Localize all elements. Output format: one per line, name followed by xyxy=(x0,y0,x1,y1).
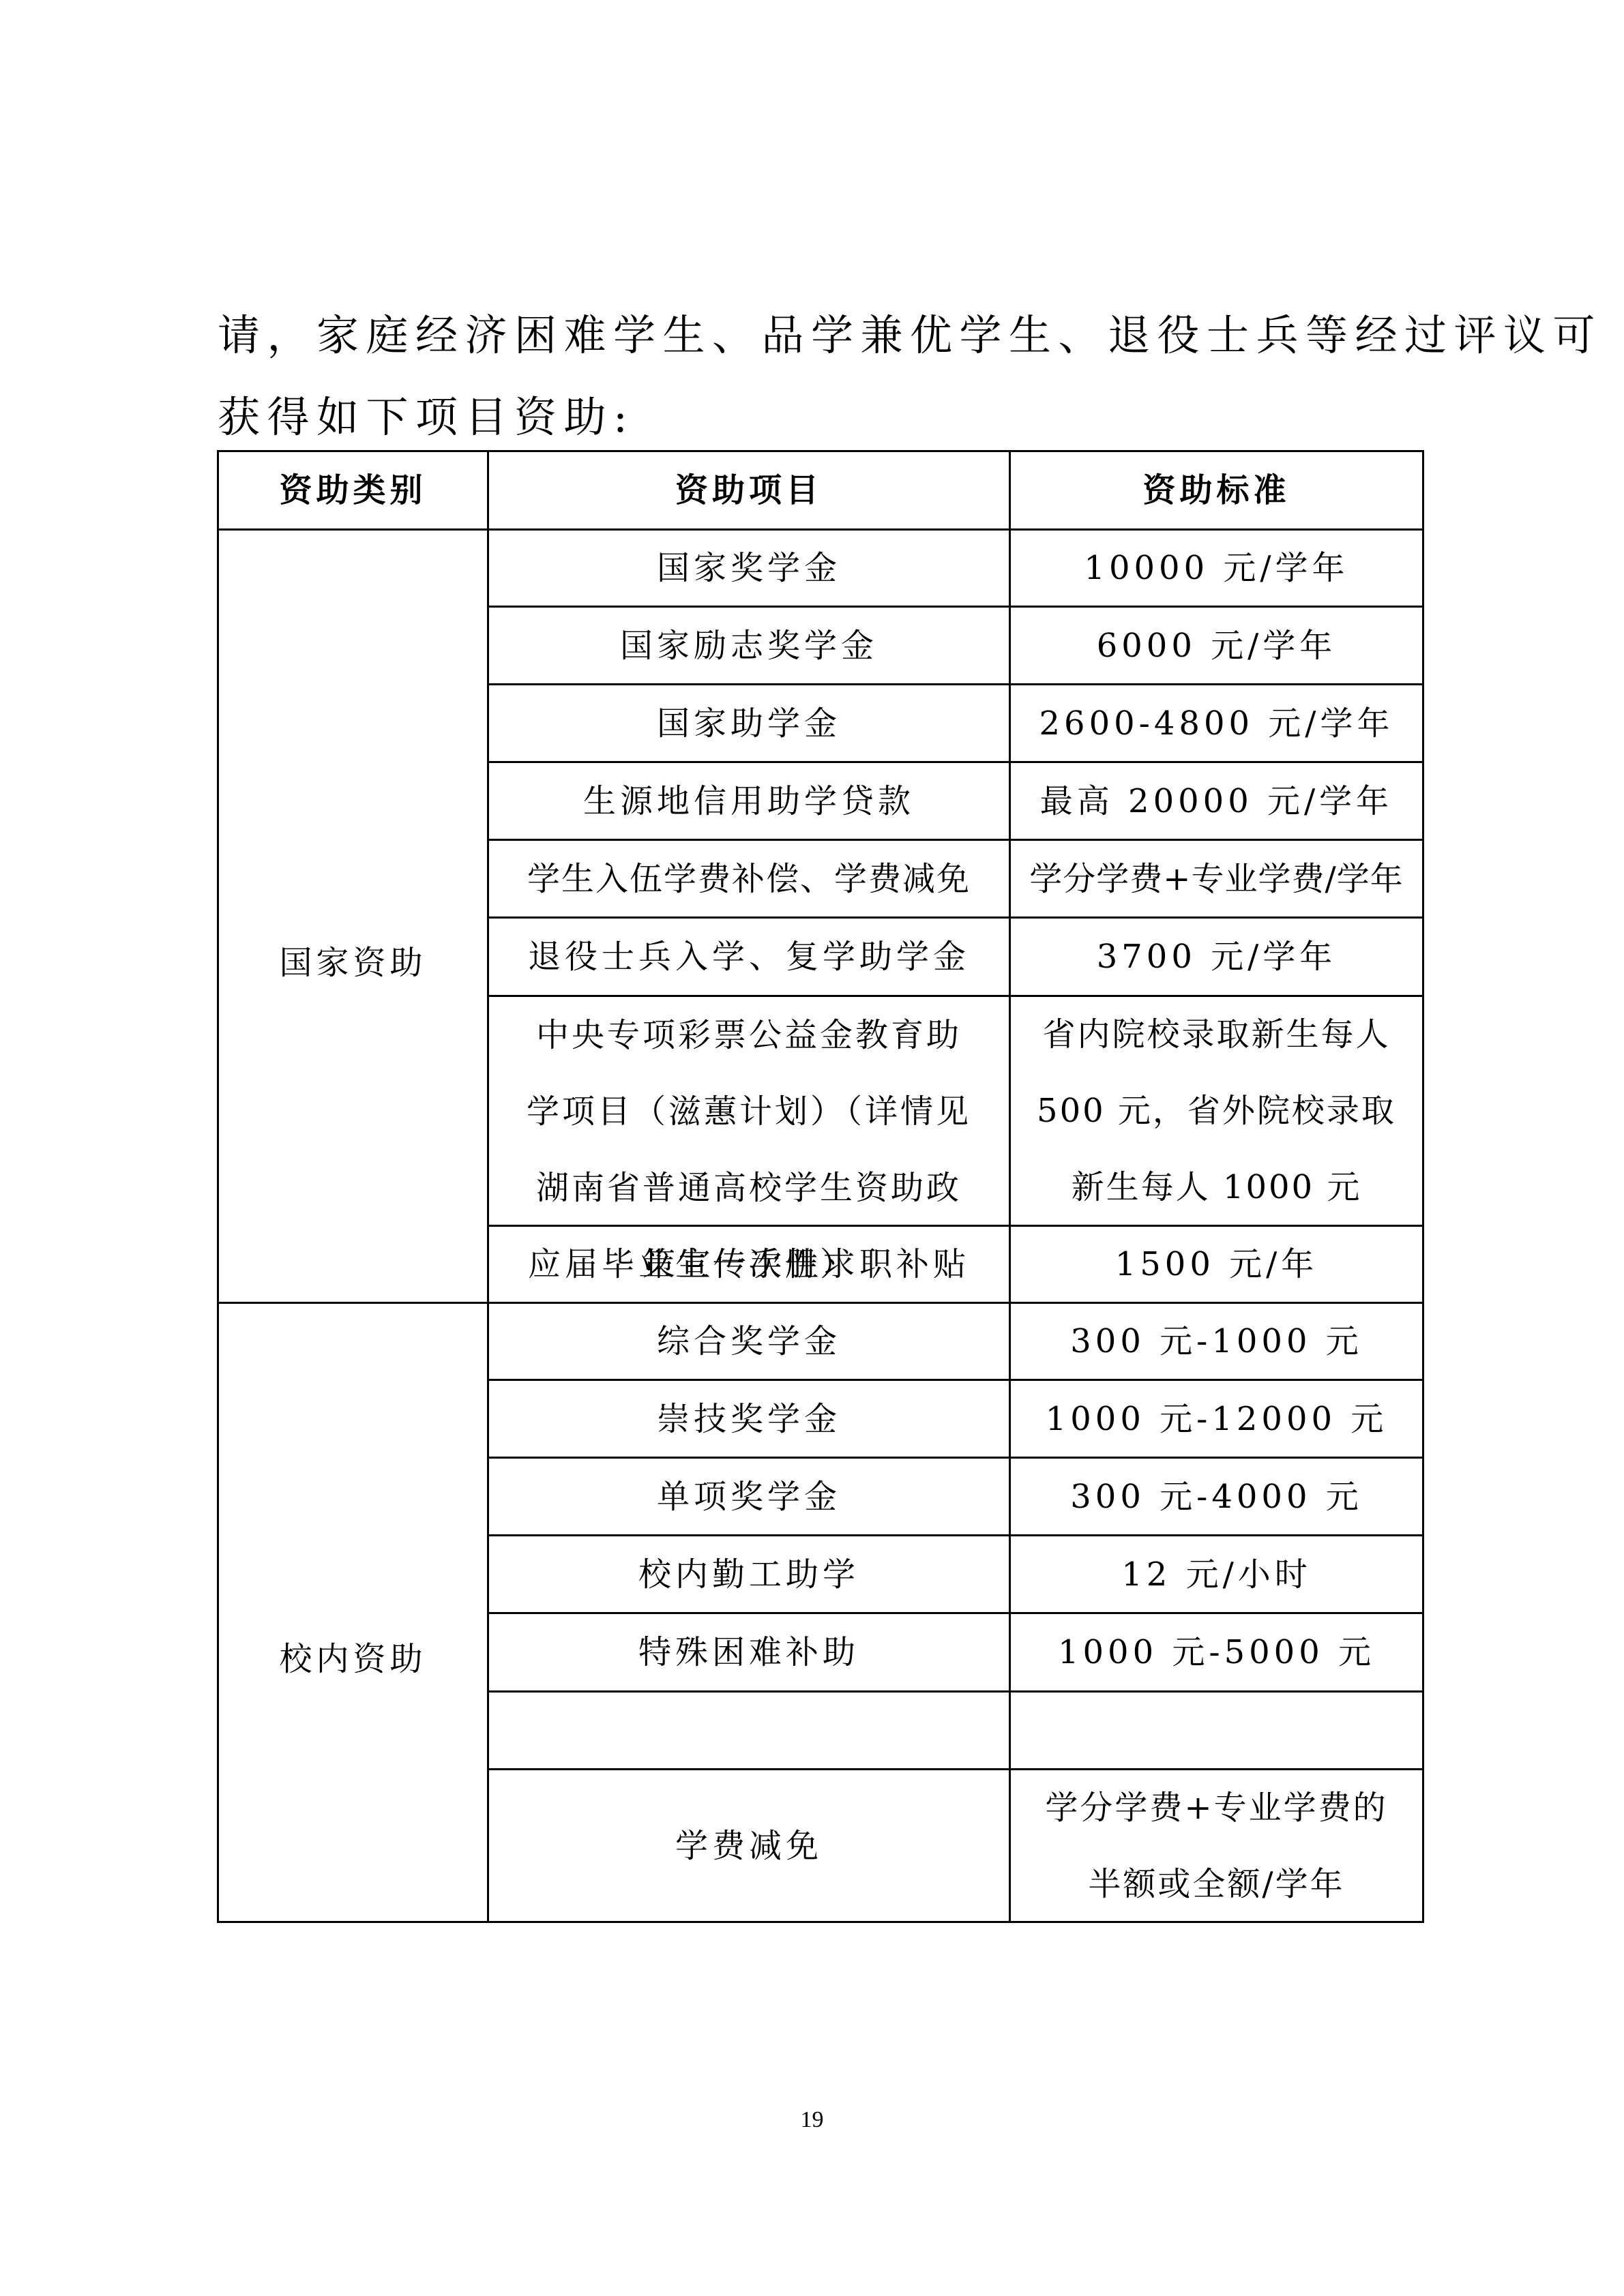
item-label: 综合奖学金 xyxy=(657,1303,841,1380)
item-label: 崇技奖学金 xyxy=(657,1381,841,1457)
header-item: 资助项目 xyxy=(489,452,1009,528)
header-item-label: 资助项目 xyxy=(675,452,823,528)
standard-cell: 6000 元/学年 xyxy=(1011,608,1422,683)
standard-cell: 12 元/小时 xyxy=(1011,1536,1422,1612)
item-label: 单项奖学金 xyxy=(657,1459,841,1535)
standard-cell: 最高 20000 元/学年 xyxy=(1011,763,1422,839)
standard-line: 省内院校录取新生每人 xyxy=(1042,996,1390,1073)
intro-line-2: 获得如下项目资助: xyxy=(218,393,1423,442)
item-label: 国家助学金 xyxy=(657,685,841,762)
standard-label: 1000 元-5000 元 xyxy=(1058,1614,1375,1690)
standard-cell: 学分学费+专业学费/学年 xyxy=(1011,841,1422,916)
item-cell: 国家励志奖学金 xyxy=(489,608,1009,683)
standard-cell: 300 元-4000 元 xyxy=(1011,1459,1422,1534)
standard-line: 500 元，省外院校录取 xyxy=(1037,1073,1396,1149)
standard-label: 300 元-4000 元 xyxy=(1070,1459,1363,1535)
header-standard-label: 资助标准 xyxy=(1142,452,1290,528)
header-category: 资助类别 xyxy=(219,452,487,528)
standard-label: 最高 20000 元/学年 xyxy=(1040,763,1393,839)
item-label: 国家奖学金 xyxy=(657,530,841,606)
item-label: 国家励志奖学金 xyxy=(620,608,878,684)
item-cell: 单项奖学金 xyxy=(489,1459,1009,1534)
item-line: 中央专项彩票公益金教育助 xyxy=(536,997,962,1073)
standard-label: 6000 元/学年 xyxy=(1097,608,1337,684)
standard-label: 2600-4800 元/学年 xyxy=(1039,685,1394,762)
item-cell: 退役士兵入学、复学助学金 xyxy=(489,919,1009,995)
item-label: 应届毕业生一次性求职补贴 xyxy=(528,1226,970,1302)
standard-label: 300 元-1000 元 xyxy=(1070,1303,1363,1380)
category-national: 国家资助 xyxy=(219,925,487,1001)
item-cell: 学生入伍学费补偿、学费减免 xyxy=(489,841,1009,916)
item-cell: 国家奖学金 xyxy=(489,531,1009,606)
table-border-right xyxy=(1422,450,1424,1923)
header-category-label: 资助类别 xyxy=(279,452,426,528)
item-cell: 应届毕业生一次性求职补贴 xyxy=(489,1227,1009,1302)
intro-line-1: 请，家庭经济困难学生、品学兼优学生、退役士兵等经过评议可 xyxy=(218,311,1423,360)
category-label: 校内资助 xyxy=(279,1621,426,1697)
standard-cell: 1500 元/年 xyxy=(1011,1227,1422,1302)
standard-label: 3700 元/学年 xyxy=(1097,919,1337,995)
standard-line: 半额或全额/学年 xyxy=(1088,1846,1344,1922)
standard-cell: 2600-4800 元/学年 xyxy=(1011,685,1422,761)
item-cell: 生源地信用助学贷款 xyxy=(489,763,1009,839)
page-number: 19 xyxy=(0,2107,1624,2133)
standard-cell: 3700 元/学年 xyxy=(1011,919,1422,995)
standard-cell: 10000 元/学年 xyxy=(1011,531,1422,606)
standard-cell: 300 元-1000 元 xyxy=(1011,1304,1422,1379)
standard-cell: 1000 元-5000 元 xyxy=(1011,1614,1422,1690)
item-label: 生源地信用助学贷款 xyxy=(583,763,915,839)
standard-line: 新生每人 1000 元 xyxy=(1072,1149,1362,1225)
item-label: 特殊困难补助 xyxy=(638,1614,859,1690)
category-label: 国家资助 xyxy=(279,925,426,1001)
standard-line: 学分学费+专业学费的 xyxy=(1045,1770,1387,1846)
item-cell: 综合奖学金 xyxy=(489,1304,1009,1379)
standard-label: 1000 元-12000 元 xyxy=(1046,1381,1388,1457)
row-divider xyxy=(487,1690,1424,1693)
item-label: 退役士兵入学、复学助学金 xyxy=(528,919,970,995)
item-label: 学生入伍学费补偿、学费减免 xyxy=(527,841,971,917)
item-label: 学费减免 xyxy=(675,1808,823,1884)
item-cell: 国家助学金 xyxy=(489,685,1009,761)
item-label: 校内勤工助学 xyxy=(638,1536,859,1613)
standard-label: 1500 元/年 xyxy=(1115,1226,1318,1302)
item-line: 学项目（滋蕙计划）（详情见 xyxy=(527,1073,971,1150)
standard-cell-multiline: 学分学费+专业学费的 半额或全额/学年 xyxy=(1011,1770,1422,1921)
category-school: 校内资助 xyxy=(219,1621,487,1697)
item-line: 湖南省普通高校学生资助政 xyxy=(536,1150,962,1226)
item-cell: 校内勤工助学 xyxy=(489,1536,1009,1612)
header-standard: 资助标准 xyxy=(1011,452,1422,528)
standard-cell-multiline: 省内院校录取新生每人 500 元，省外院校录取 新生每人 1000 元 xyxy=(1011,997,1422,1225)
item-cell: 学费减免 xyxy=(489,1770,1009,1921)
item-cell: 崇技奖学金 xyxy=(489,1381,1009,1457)
standard-label: 学分学费+专业学费/学年 xyxy=(1029,841,1403,917)
standard-label: 12 元/小时 xyxy=(1121,1536,1312,1613)
item-cell: 特殊困难补助 xyxy=(489,1614,1009,1690)
table-border-left xyxy=(217,450,219,1923)
standard-label: 10000 元/学年 xyxy=(1084,530,1348,606)
standard-cell: 1000 元-12000 元 xyxy=(1011,1381,1422,1457)
